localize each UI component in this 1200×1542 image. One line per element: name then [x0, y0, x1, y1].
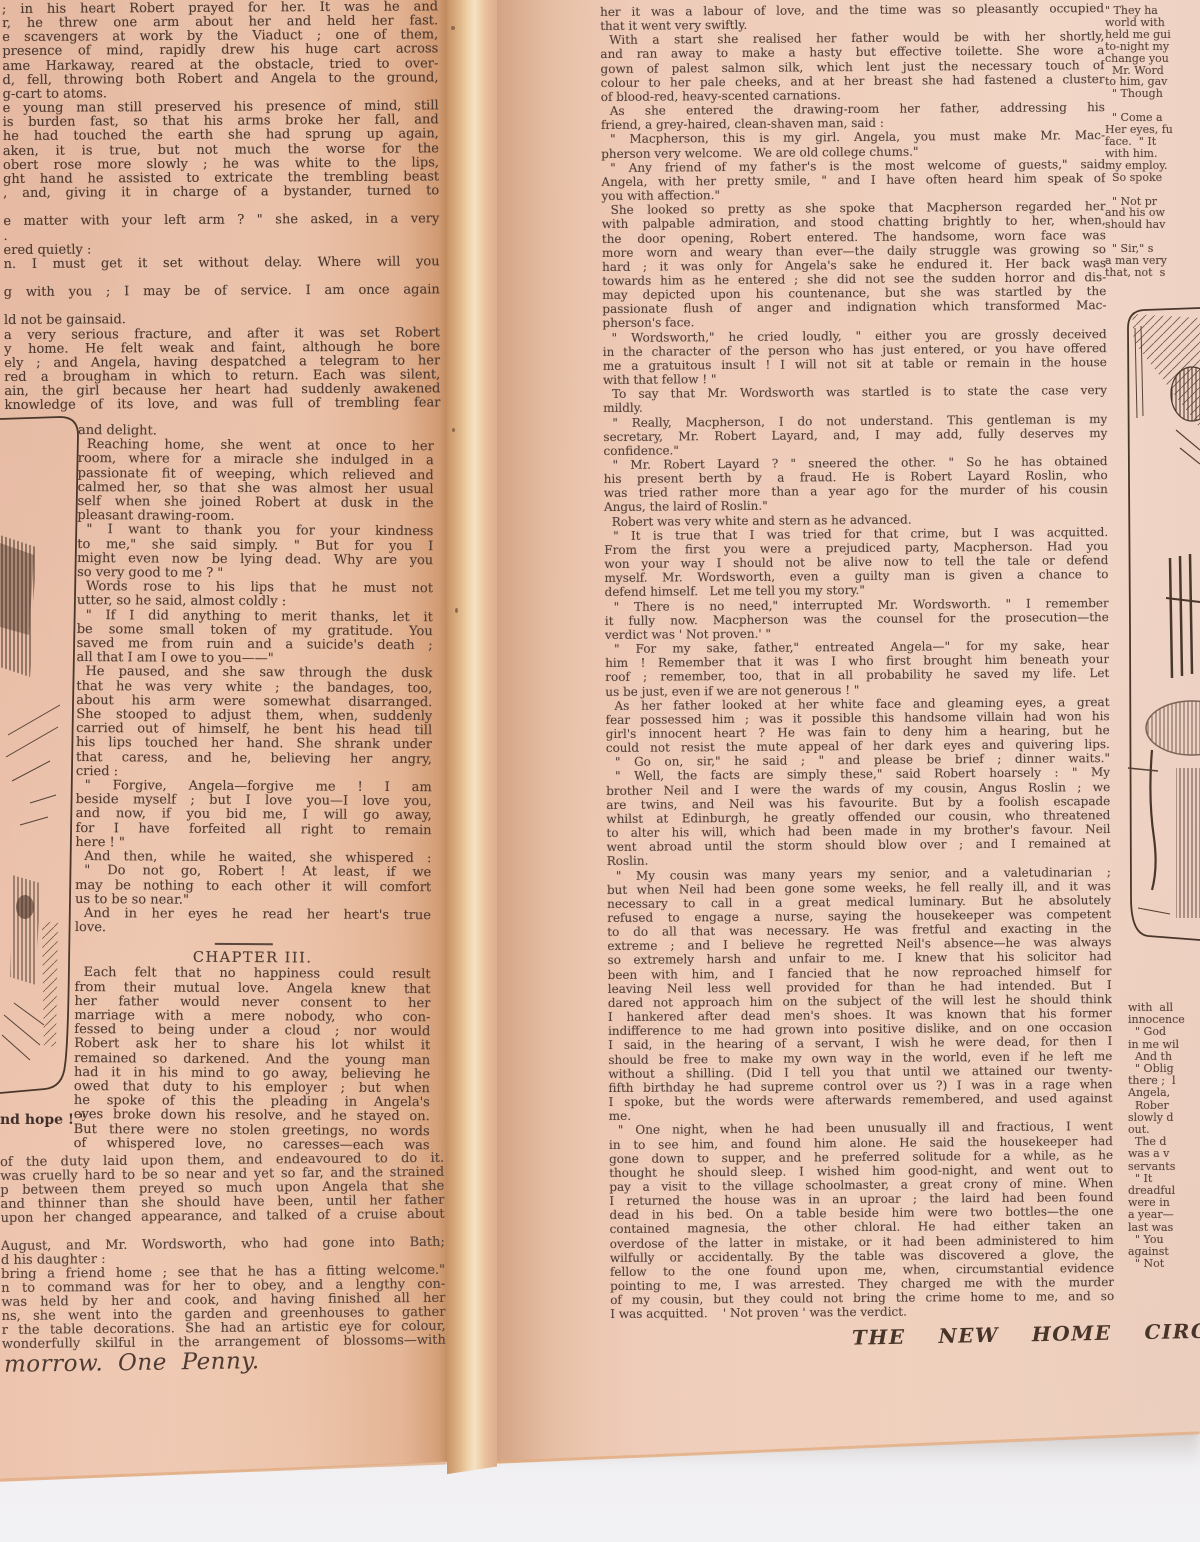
left-column-top-fragment: ; in his heart Robert prayed for her. It… [2, 0, 440, 413]
left-column-bottom-fragment: of the duty laid upon them, and endeavou… [0, 1152, 446, 1352]
engraving-illustration-left [0, 405, 96, 1145]
left-column-beside-illustration: and delight.Reaching home, she went at o… [74, 424, 434, 1153]
paper-speck [455, 608, 458, 613]
right-edge-column-top-fragment: " They haworld withheld me guito-night m… [1105, 5, 1200, 279]
chapter-rule [215, 943, 273, 945]
paper-speck [452, 428, 455, 432]
magazine-photo: ; in his heart Robert prayed for her. It… [0, 0, 1200, 1542]
engraving-illustration-right [1118, 298, 1200, 966]
paper-speck [451, 26, 455, 30]
right-edge-column-bottom-fragment: with allinnocence " Godin me wil And th … [1128, 1002, 1200, 1270]
left-column-narrow-part2: Each felt that no happiness could result… [74, 966, 431, 1153]
chapter-heading: CHAPTER III. [75, 949, 431, 968]
left-page-footer-imprint: morrow. One Penny. [4, 1348, 260, 1378]
left-column-narrow-part1: and delight.Reaching home, she went at o… [75, 424, 434, 937]
center-text-column: her it was a labour of love, and the tim… [600, 1, 1114, 1321]
page-gutter [447, 0, 497, 1542]
